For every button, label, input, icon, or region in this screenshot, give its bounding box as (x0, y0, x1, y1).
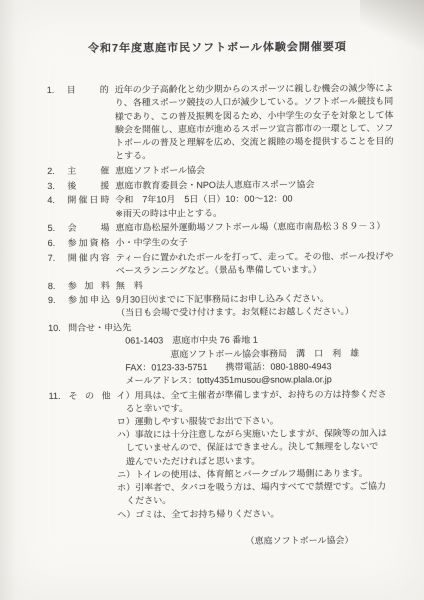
text-line: とする。 (115, 148, 397, 163)
scanned-document-page: 令和7年度恵庭市民ソフトボール体験会開催要項 1.目的近年の少子高齢化と幼少期か… (0, 0, 424, 600)
text-line: ※雨天の時は中止とする。 (115, 205, 397, 220)
item-number: 5. (48, 222, 68, 235)
item-number: 8. (48, 279, 68, 292)
item-number: 6. (48, 237, 68, 250)
text-line: ホ）引率者で、タバコを吸う方は、場内すべてで禁煙です。ご協力 (117, 480, 399, 495)
item-content: イ）用具は、全て主催者が準備しますが、お持ちの方は持参くださ ると幸いです。ロ）… (117, 388, 400, 522)
item-number: 9. (48, 294, 68, 307)
item-label: 参加料 (68, 279, 110, 292)
item-label: 参加資格 (68, 237, 110, 250)
list-item: 6.参加資格小・中学生の女子 (48, 235, 398, 250)
item-label: 目的 (67, 84, 109, 97)
item-content: 近年の少子高齢化と幼少期からのスポーツに親しむ機会の減少等により、各種スポーツ競… (115, 82, 397, 163)
list-item: 7.開催内容ティー台に置かれたボールを打って、走って。その他、ボール投げやベース… (48, 250, 398, 279)
item-content: 無 料 (116, 277, 398, 292)
list-item: 4.開催日時令和 7年10月 5日（日）10：00～12：00※雨天の時は中止と… (47, 192, 397, 221)
text-line: 恵庭市島松屋外運動場ソフトボール場（恵庭市南島松３８９－３） (116, 220, 398, 235)
item-number: 4. (47, 194, 67, 207)
list-item: 11.その他イ）用具は、全て主催者が準備しますが、お持ちの方は持参くださ ると幸… (49, 388, 400, 522)
document-title: 令和7年度恵庭市民ソフトボール体験会開催要項 (38, 41, 396, 56)
document-body: 令和7年度恵庭市民ソフトボール体験会開催要項 1.目的近年の少子高齢化と幼少期か… (0, 0, 424, 600)
text-line: 無 料 (116, 277, 398, 292)
item-content: ティー台に置かれたボールを打って、走って。その他、ボール投げやベースランニングな… (116, 250, 398, 278)
item-number: 11. (49, 390, 69, 403)
list-item: 9.参加申込9月30日㈫までに下記事務局にお申し込みください。（当日も会場で受け… (48, 292, 398, 321)
item-label: 参加申込 (68, 294, 110, 307)
text-line: していませんので、保証はできません。決して無理をしないで (117, 440, 399, 455)
text-line: 恵庭ソフトボール協会事務局 溝 口 利 雄 (116, 346, 398, 361)
item-content: 恵庭市教育委員会・NPO法人恵庭市スポーツ協会 (115, 177, 397, 192)
list-item: 3.後援恵庭市教育委員会・NPO法人恵庭市スポーツ協会 (47, 177, 397, 192)
text-line: （当日も会場で受け付けます。お気軽にお越しください。） (116, 305, 398, 320)
list-item: 8.参加料無 料 (48, 277, 398, 292)
text-line: メールアドレス：totty4351musou@snow.plala.or.jp (116, 373, 398, 388)
item-label: 開催日時 (67, 194, 109, 207)
item-label: 問合せ・申込先 (68, 322, 131, 336)
list-item: 2.主催恵庭ソフトボール協会 (47, 163, 397, 178)
item-number: 10. (48, 322, 68, 335)
item-number: 2. (47, 165, 67, 178)
text-line: イ）用具は、全て主催者が準備しますが、お持ちの方は持参くださ (117, 388, 399, 403)
item-label: その他 (69, 389, 111, 402)
closing-signature: （恵庭ソフトボール協会） (49, 534, 399, 549)
item-label: 主催 (67, 165, 109, 178)
item-number: 3. (47, 180, 67, 193)
item-content: 小・中学生の女子 (116, 235, 398, 250)
text-line: り、各種スポーツ競技の人口が減少している。ソフトボール競技も同 (115, 95, 397, 110)
item-number: 1. (47, 84, 67, 97)
item-content: 061-1403 恵庭市中央 76 番地 1 恵庭ソフトボール協会事務局 溝 口… (116, 333, 398, 388)
text-line: トボールの普及と理解を広め、交流と親睦の場を提供することを目的 (115, 135, 397, 150)
text-line: ベースランニングなど。（景品も準備しています。） (116, 263, 398, 278)
document-items: 1.目的近年の少子高齢化と幼少期からのスポーツに親しむ機会の減少等により、各種ス… (47, 82, 400, 522)
item-number: 7. (48, 252, 68, 265)
item-content: 令和 7年10月 5日（日）10：00～12：00※雨天の時は中止とする。 (115, 192, 397, 220)
item-content: 9月30日㈫までに下記事務局にお申し込みください。（当日も会場で受け付けます。お… (116, 292, 398, 320)
item-label: 開催内容 (68, 251, 110, 264)
item-content: 恵庭ソフトボール協会 (115, 163, 397, 178)
list-item: 1.目的近年の少子高齢化と幼少期からのスポーツに親しむ機会の減少等により、各種ス… (47, 82, 397, 163)
text-line: ティー台に置かれたボールを打って、走って。その他、ボール投げや (116, 250, 398, 265)
item-label: 後援 (67, 179, 109, 192)
text-line: ヘ）ゴミは、全てお持ち帰りください。 (117, 506, 399, 521)
item-label: 会場 (68, 222, 110, 235)
text-line: 恵庭市教育委員会・NPO法人恵庭市スポーツ協会 (115, 177, 397, 192)
list-item: 5.会場恵庭市島松屋外運動場ソフトボール場（恵庭市南島松３８９－３） (48, 220, 398, 235)
item-content: 恵庭市島松屋外運動場ソフトボール場（恵庭市南島松３８９－３） (116, 220, 398, 235)
text-line: 恵庭ソフトボール協会 (115, 163, 397, 178)
text-line: 小・中学生の女子 (116, 235, 398, 250)
